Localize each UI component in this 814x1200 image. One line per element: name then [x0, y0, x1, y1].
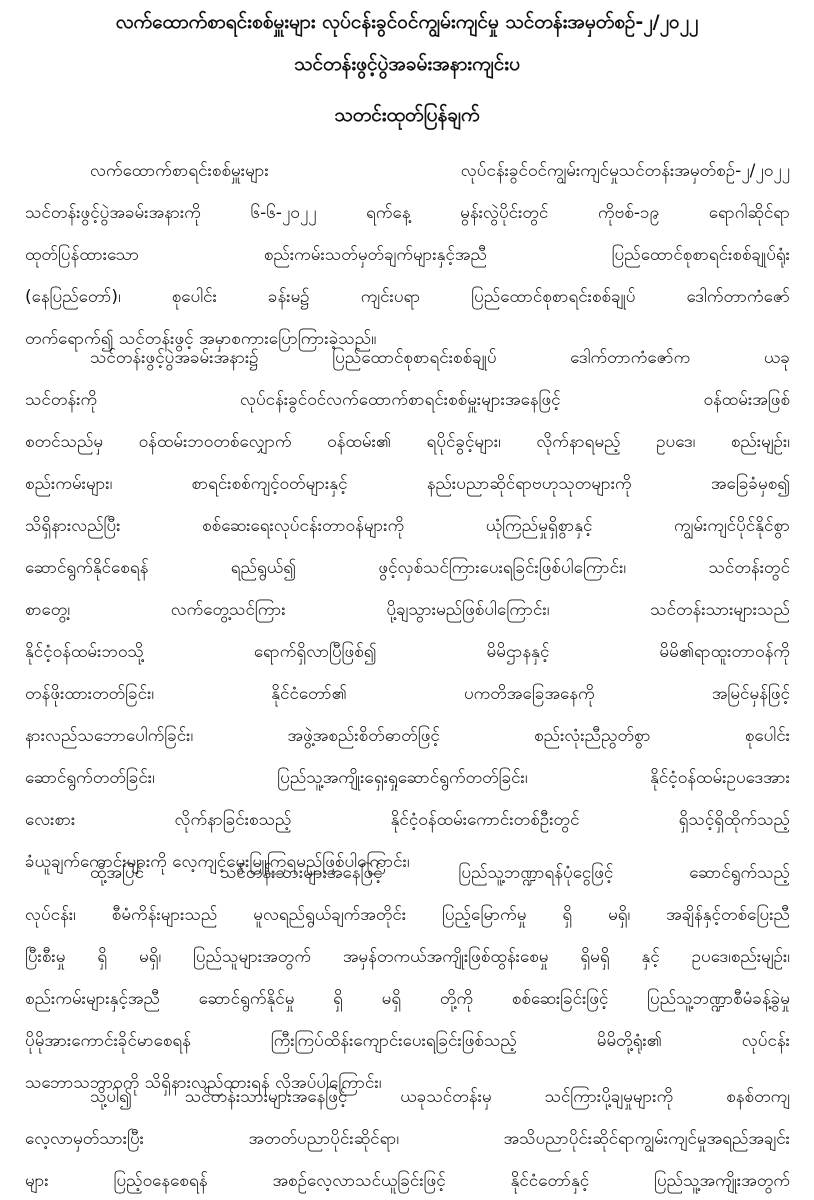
paragraph-line: သင်တန်းကို လုပ်ငန်းခွင်ဝင်လက်ထောက်စာရင်း… [25, 379, 790, 421]
paragraph-line: များ ပြည့်ဝနေစေရန် အစဉ်လေ့လာသင်ယူခြင်းဖြ… [25, 1160, 790, 1200]
paragraph-line: တန်ဖိုးထားတတ်ခြင်း၊ နိုင်ငံတော်၏ ပကတိအခြ… [25, 673, 790, 715]
paragraph-line: သိရှိနားလည်ပြီး စစ်ဆေးရေးလုပ်ငန်းတာဝန်မျ… [25, 505, 790, 547]
document-title-opening-ceremony: သင်တန်းဖွင့်ပွဲအခမ်းအနားကျင်းပ [0, 52, 814, 76]
paragraph-line: သင်တန်းဖွင့်ပွဲအခမ်းအနားကို ၆-၆-၂၀၂၂ ရက်… [25, 192, 790, 234]
press-release-page: လက်ထောက်စာရင်းစစ်မှူးများ လုပ်ငန်းခွင်ဝင… [0, 0, 814, 1200]
paragraph-line: စည်းကမ်းများ၊ စာရင်းစစ်ကျင့်ဝတ်များနှင့်… [25, 463, 790, 505]
paragraph-2: သင်တန်းဖွင့်ပွဲအခမ်းအနား၌ ပြည်ထောင်စုစာရ… [25, 337, 790, 883]
paragraph-line: နိုင်ငံ့ဝန်ထမ်းဘဝသို့ ရောက်ရှိလာပြီဖြစ်၍… [25, 631, 790, 673]
paragraph-line: လက်ထောက်စာရင်းစစ်မှူးများ လုပ်ငန်းခွင်ဝင… [25, 150, 790, 192]
paragraph-line: (နေပြည်တော်)၊ စုပေါင်း ခန်းမ၌ ကျင်းပရာ ပ… [25, 276, 790, 318]
paragraph-3: ထို့အပြင် သင်တန်းသားများအနေဖြင့် ပြည်သူ့… [25, 852, 790, 1104]
paragraph-line: သို့ပါ၍ သင်တန်းသားများအနေဖြင့် ယခုသင်တန်… [25, 1076, 790, 1118]
paragraph-line: ဆောင်ရွက်တတ်ခြင်း၊ ပြည်သူ့အကျိုးရှေးရှုဆ… [25, 757, 790, 799]
paragraph-4: သို့ပါ၍ သင်တန်းသားများအနေဖြင့် ယခုသင်တန်… [25, 1076, 790, 1200]
paragraph-line: စတင်သည်မှ ဝန်ထမ်းဘဝတစ်လျှောက် ဝန်ထမ်း၏ ရ… [25, 421, 790, 463]
paragraph-line: လေ့လာမှတ်သားပြီး အတတ်ပညာပိုင်းဆိုင်ရာ၊ အ… [25, 1118, 790, 1160]
paragraph-line: လေးစား လိုက်နာခြင်းစသည့် နိုင်ငံ့ဝန်ထမ်း… [25, 799, 790, 841]
paragraph-line: ထုတ်ပြန်ထားသော စည်းကမ်းသတ်မှတ်ချက်များနှ… [25, 234, 790, 276]
paragraph-line: ပိုမိုအားကောင်းခိုင်မာစေရန် ကြီးကြပ်ထိန်… [25, 1020, 790, 1062]
paragraph-line: ပြီးစီးမှု ရှိ မရှိ၊ ပြည်သူများအတွက် အမှ… [25, 936, 790, 978]
paragraph-line: စာတွေ့၊ လက်တွေ့သင်ကြား ပို့ချသွားမည်ဖြစ်… [25, 589, 790, 631]
paragraph-line: ထို့အပြင် သင်တန်းသားများအနေဖြင့် ပြည်သူ့… [25, 852, 790, 894]
paragraph-line: သင်တန်းဖွင့်ပွဲအခမ်းအနား၌ ပြည်ထောင်စုစာရ… [25, 337, 790, 379]
paragraph-line: စည်းကမ်းများနှင့်အညီ ဆောင်ရွက်နိုင်မှု ရ… [25, 978, 790, 1020]
paragraph-line: နားလည်သဘောပေါက်ခြင်း၊ အဖွဲ့အစည်းစိတ်ဓာတ်… [25, 715, 790, 757]
paragraph-line: ဆောင်ရွက်နိုင်စေရန် ရည်ရွယ်၍ ဖွင့်လှစ်သင… [25, 547, 790, 589]
document-title-course-name: လက်ထောက်စာရင်းစစ်မှူးများ လုပ်ငန်းခွင်ဝင… [0, 10, 814, 34]
document-title-press-release: သတင်းထုတ်ပြန်ချက် [0, 103, 814, 127]
paragraph-line: လုပ်ငန်း၊ စီမံကိန်းများသည် မူလရည်ရွယ်ချက… [25, 894, 790, 936]
paragraph-1: လက်ထောက်စာရင်းစစ်မှူးများ လုပ်ငန်းခွင်ဝင… [25, 150, 790, 360]
